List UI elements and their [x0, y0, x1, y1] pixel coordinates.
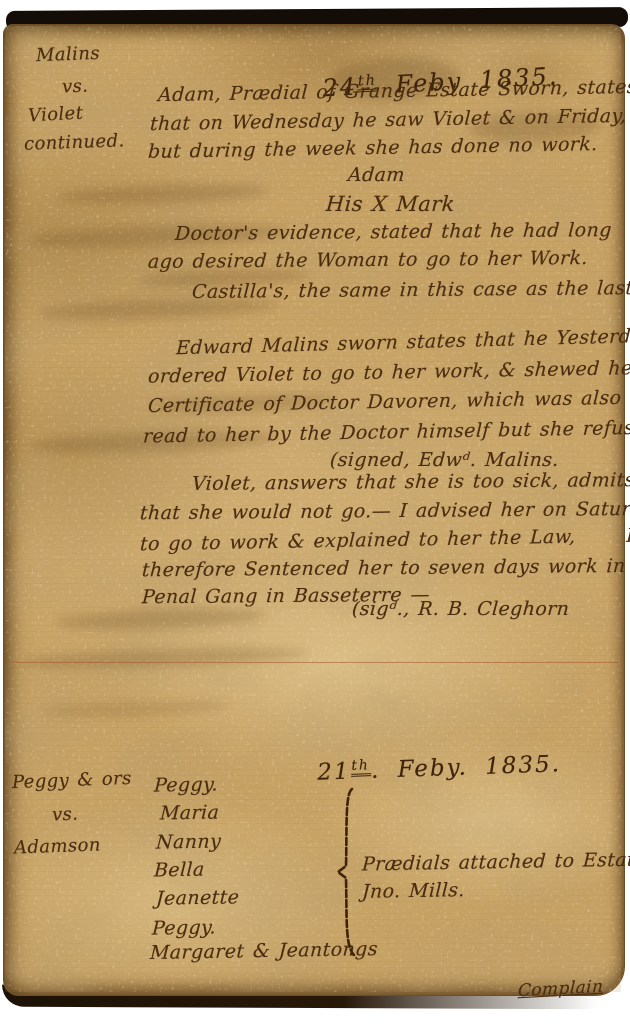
- brace-note-line: Prædials attached to Estate: [361, 849, 630, 876]
- margin-case-party: Violet: [27, 103, 83, 127]
- praedial-name: Maria: [159, 801, 219, 824]
- praedial-name: Peggy.: [153, 773, 218, 796]
- margin-case-party: Malins: [36, 43, 101, 66]
- margin-case-party: Peggy & ors: [12, 768, 132, 793]
- praedial-name: Jeanette: [155, 886, 240, 909]
- castilla-line: Castilla's, the same in this case as the…: [191, 277, 630, 303]
- margin-case-vs: vs.: [62, 76, 89, 98]
- praedial-name: Nanny: [155, 830, 221, 853]
- malins-signature: (signed, Edwᵈ. Malins.: [329, 449, 559, 471]
- entry-date-heading: 21th. Feby. 1835.: [247, 725, 563, 815]
- date-month-year: . Feby. 1835.: [371, 751, 562, 784]
- magistrate-signature: (sigᵈ., R. B. Cleghorn: [351, 598, 570, 620]
- date-day: 21: [317, 759, 351, 786]
- doctor-evidence-line: ago desired the Woman to go to her Work.: [147, 247, 588, 273]
- praedial-name: Peggy.: [151, 916, 216, 939]
- margin-case-continued: continued.: [24, 130, 125, 154]
- doctor-evidence-line: Doctor's evidence, stated that he had lo…: [174, 219, 612, 245]
- his-mark-line: His X Mark: [325, 192, 456, 216]
- violet-answer-line: that she would not go.— I advised her on…: [139, 498, 630, 525]
- witness-name: Adam: [347, 164, 405, 186]
- margin-case-vs: vs.: [52, 804, 79, 826]
- brace-note-line: Jno. Mills.: [361, 879, 465, 903]
- manuscript-photograph: Malins vs. Violet continued. 24th Feby 1…: [0, 0, 630, 1024]
- margin-case-party: Adamson: [14, 834, 101, 858]
- grouping-brace: [330, 786, 360, 958]
- violet-answer-line: therefore Sentenced her to seven days wo…: [141, 555, 630, 582]
- praedial-name: Bella: [153, 859, 205, 882]
- violet-answer-line: Violet, answers that she is too sick, ad…: [191, 469, 630, 495]
- date-ordinal: th: [350, 757, 371, 777]
- ledger-rule: [12, 662, 618, 663]
